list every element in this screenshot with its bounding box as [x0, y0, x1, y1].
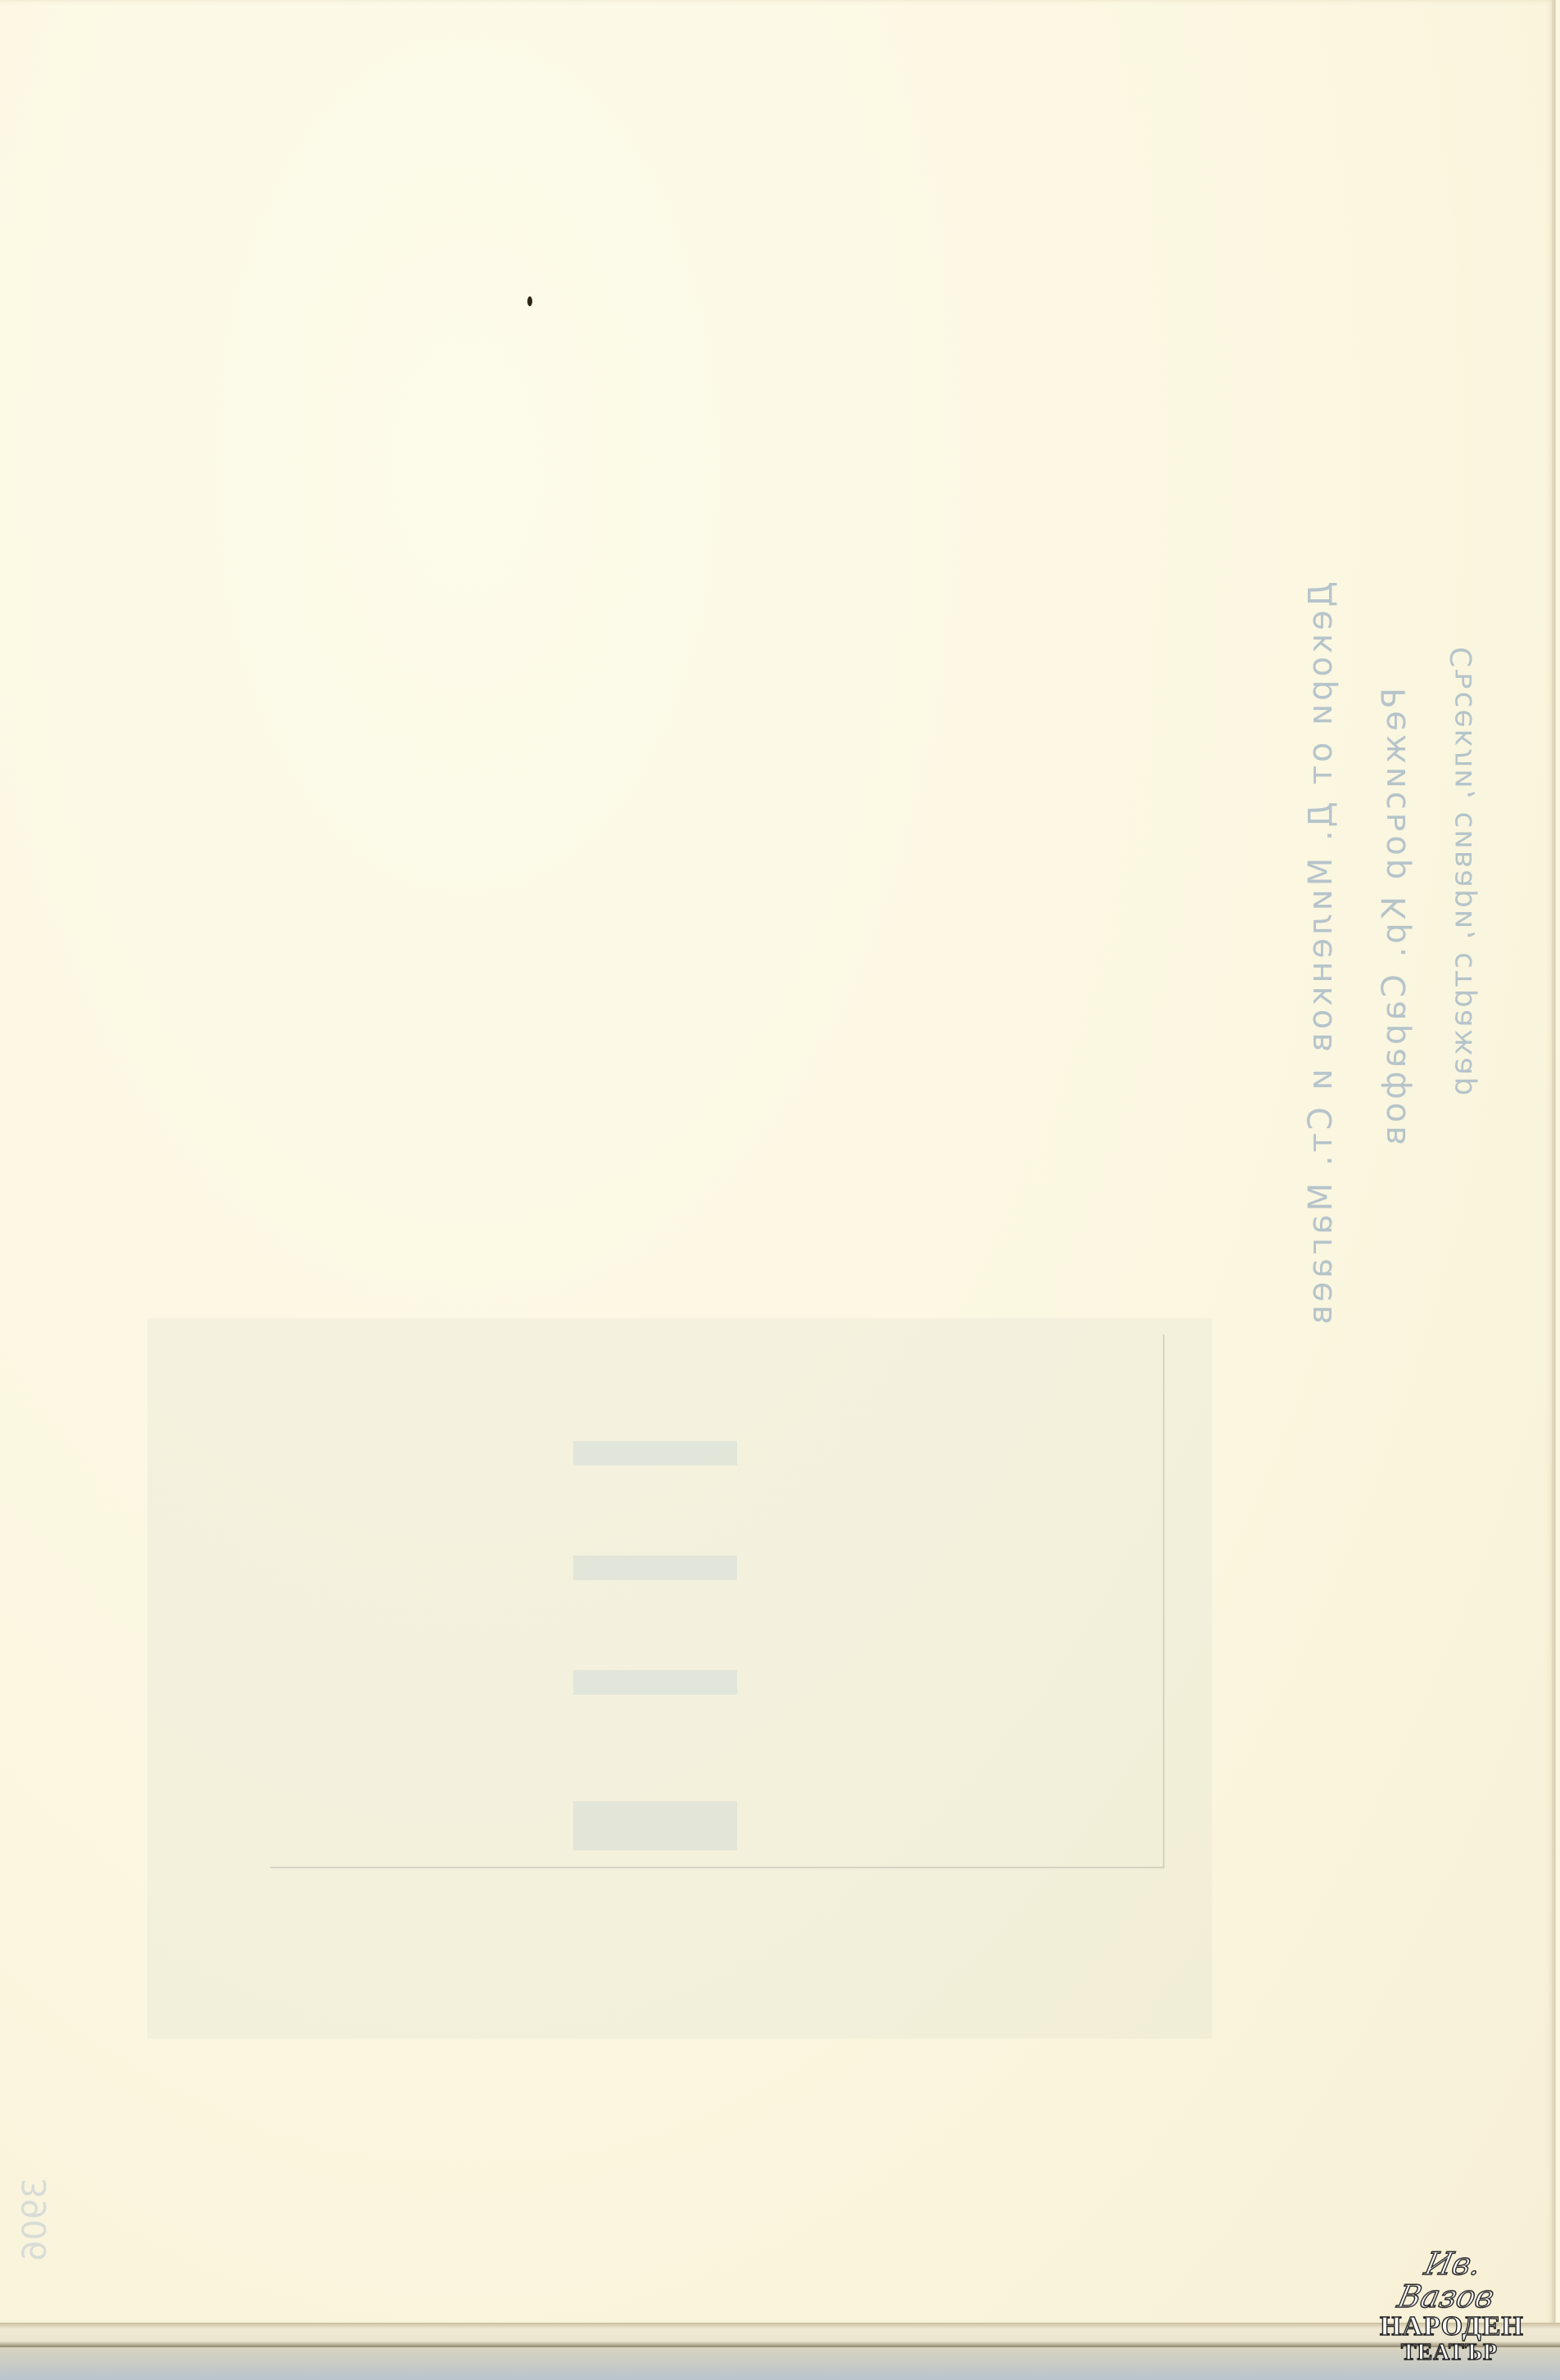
page-edge-bottom — [0, 2323, 1560, 2347]
credit-director: Режисьор Кр. Сарафов — [1376, 688, 1413, 1149]
ghost-cover-title — [573, 1392, 737, 2047]
theatre-logo: Ив. Вазов НАРОДЕН ТЕАТЪР — [1380, 2247, 1519, 2365]
credit-set-design: Декори от Д. Миленков и Ст. Магаев — [1302, 581, 1340, 1328]
inventory-number: 3906 — [16, 2178, 54, 2261]
logo-line-theatre: ТЕАТЪР — [1380, 2341, 1519, 2365]
logo-signature: Ив. Вазов — [1372, 2247, 1526, 2313]
credit-extras: Съсекли, сивари, стражар — [1445, 647, 1479, 1097]
scan-background-strip — [0, 2347, 1560, 2380]
logo-line-national: НАРОДЕН — [1380, 2313, 1519, 2341]
ink-spot — [527, 296, 532, 306]
showthrough-text: Декори от Д. Миленков и Ст. Магаев Режис… — [1302, 491, 1560, 2129]
